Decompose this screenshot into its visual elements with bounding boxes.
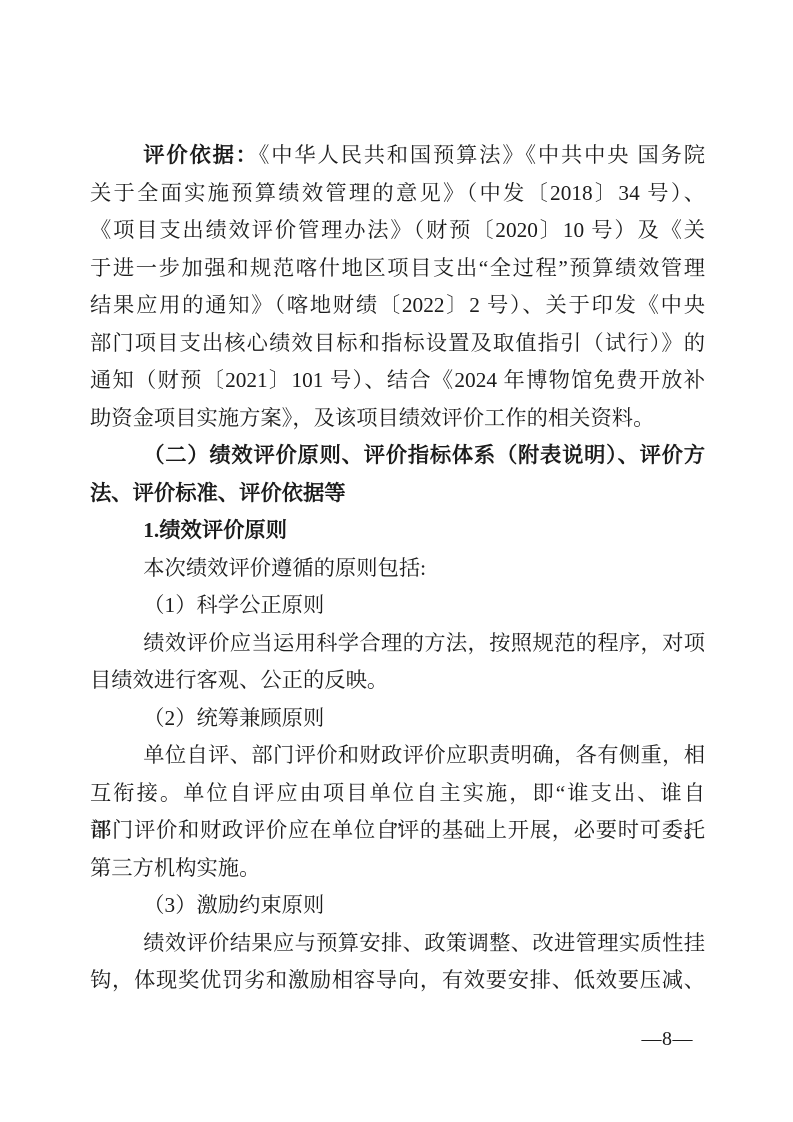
paragraph-principle-1-body: 绩效评价应当运用科学合理的方法，按照规范的程序，对项 目绩效进行客观、公正的反映… — [90, 625, 705, 700]
text-run: 《中华人民共和国预算法》《中共中央 国务院 — [259, 143, 705, 167]
text-line: 助资金项目实施方案》，及该项目绩效评价工作的相关资料。 — [90, 400, 705, 438]
text-line: （1）科学公正原则 — [90, 587, 705, 625]
document-text-block: 评价依据：《中华人民共和国预算法》《中共中央 国务院 关于全面实施预算绩效管理的… — [90, 137, 705, 1000]
paragraph-lead-label: 评价依据： — [143, 143, 259, 167]
text-line: 本次绩效评价遵循的原则包括: — [90, 550, 705, 588]
heading-section-2: （二）绩效评价原则、评价指标体系（附表说明）、评价方 法、评价标准、评价依据等 — [90, 437, 705, 512]
paragraph-principle-3-title: （3）激励约束原则 — [90, 887, 705, 925]
text-line: 绩效评价结果应与预算安排、政策调整、改进管理实质性挂 — [90, 925, 705, 963]
text-line: （二）绩效评价原则、评价指标体系（附表说明）、评价方 — [90, 437, 705, 475]
text-line: 关于全面实施预算绩效管理的意见》（中发〔2018〕34 号）、 — [90, 175, 705, 213]
text-line: 结果应用的通知》（喀地财绩〔2022〕2 号）、关于印发《中央 — [90, 287, 705, 325]
text-line: 目绩效进行客观、公正的反映。 — [90, 662, 705, 700]
text-line: （2）统筹兼顾原则 — [90, 700, 705, 738]
text-line: 法、评价标准、评价依据等 — [90, 475, 705, 513]
text-line: 通知（财预〔2021〕101 号）、结合《2024 年博物馆免费开放补 — [90, 362, 705, 400]
paragraph-principle-1-title: （1）科学公正原则 — [90, 587, 705, 625]
text-line: 绩效评价应当运用科学合理的方法，按照规范的程序，对项 — [90, 625, 705, 663]
text-line: 评价依据：《中华人民共和国预算法》《中共中央 国务院 — [90, 137, 705, 175]
paragraph-principle-3-body: 绩效评价结果应与预算安排、政策调整、改进管理实质性挂 钩，体现奖优罚劣和激励相容… — [90, 925, 705, 1000]
page-number: —8— — [642, 1028, 694, 1050]
text-line: 钩，体现奖优罚劣和激励相容导向，有效要安排、低效要压减、 — [90, 962, 705, 1000]
paragraph-principle-2-body: 单位自评、部门评价和财政评价应职责明确，各有侧重，相 互衔接。单位自评应由项目单… — [90, 737, 705, 887]
text-line: 第三方机构实施。 — [90, 850, 705, 888]
document-page: 评价依据：《中华人民共和国预算法》《中共中央 国务院 关于全面实施预算绩效管理的… — [0, 0, 793, 1122]
text-line: 于进一步加强和规范喀什地区项目支出“全过程”预算绩效管理 — [90, 250, 705, 288]
text-line: 部门评价和财政评价应在单位自评的基础上开展，必要时可委托 — [90, 812, 705, 850]
text-line: （3）激励约束原则 — [90, 887, 705, 925]
text-line: 互衔接。单位自评应由项目单位自主实施，即“谁支出、谁自评”。 — [90, 775, 705, 813]
paragraph-evaluation-basis: 评价依据：《中华人民共和国预算法》《中共中央 国务院 关于全面实施预算绩效管理的… — [90, 137, 705, 437]
heading-subsection-1: 1.绩效评价原则 — [90, 512, 705, 550]
paragraph-principles-intro: 本次绩效评价遵循的原则包括: — [90, 550, 705, 588]
text-line: 单位自评、部门评价和财政评价应职责明确，各有侧重，相 — [90, 737, 705, 775]
text-line: 1.绩效评价原则 — [90, 512, 705, 550]
text-line: 部门项目支出核心绩效目标和指标设置及取值指引（试行）》的 — [90, 325, 705, 363]
text-line: 《项目支出绩效评价管理办法》（财预〔2020〕10 号）及《关 — [90, 212, 705, 250]
paragraph-principle-2-title: （2）统筹兼顾原则 — [90, 700, 705, 738]
